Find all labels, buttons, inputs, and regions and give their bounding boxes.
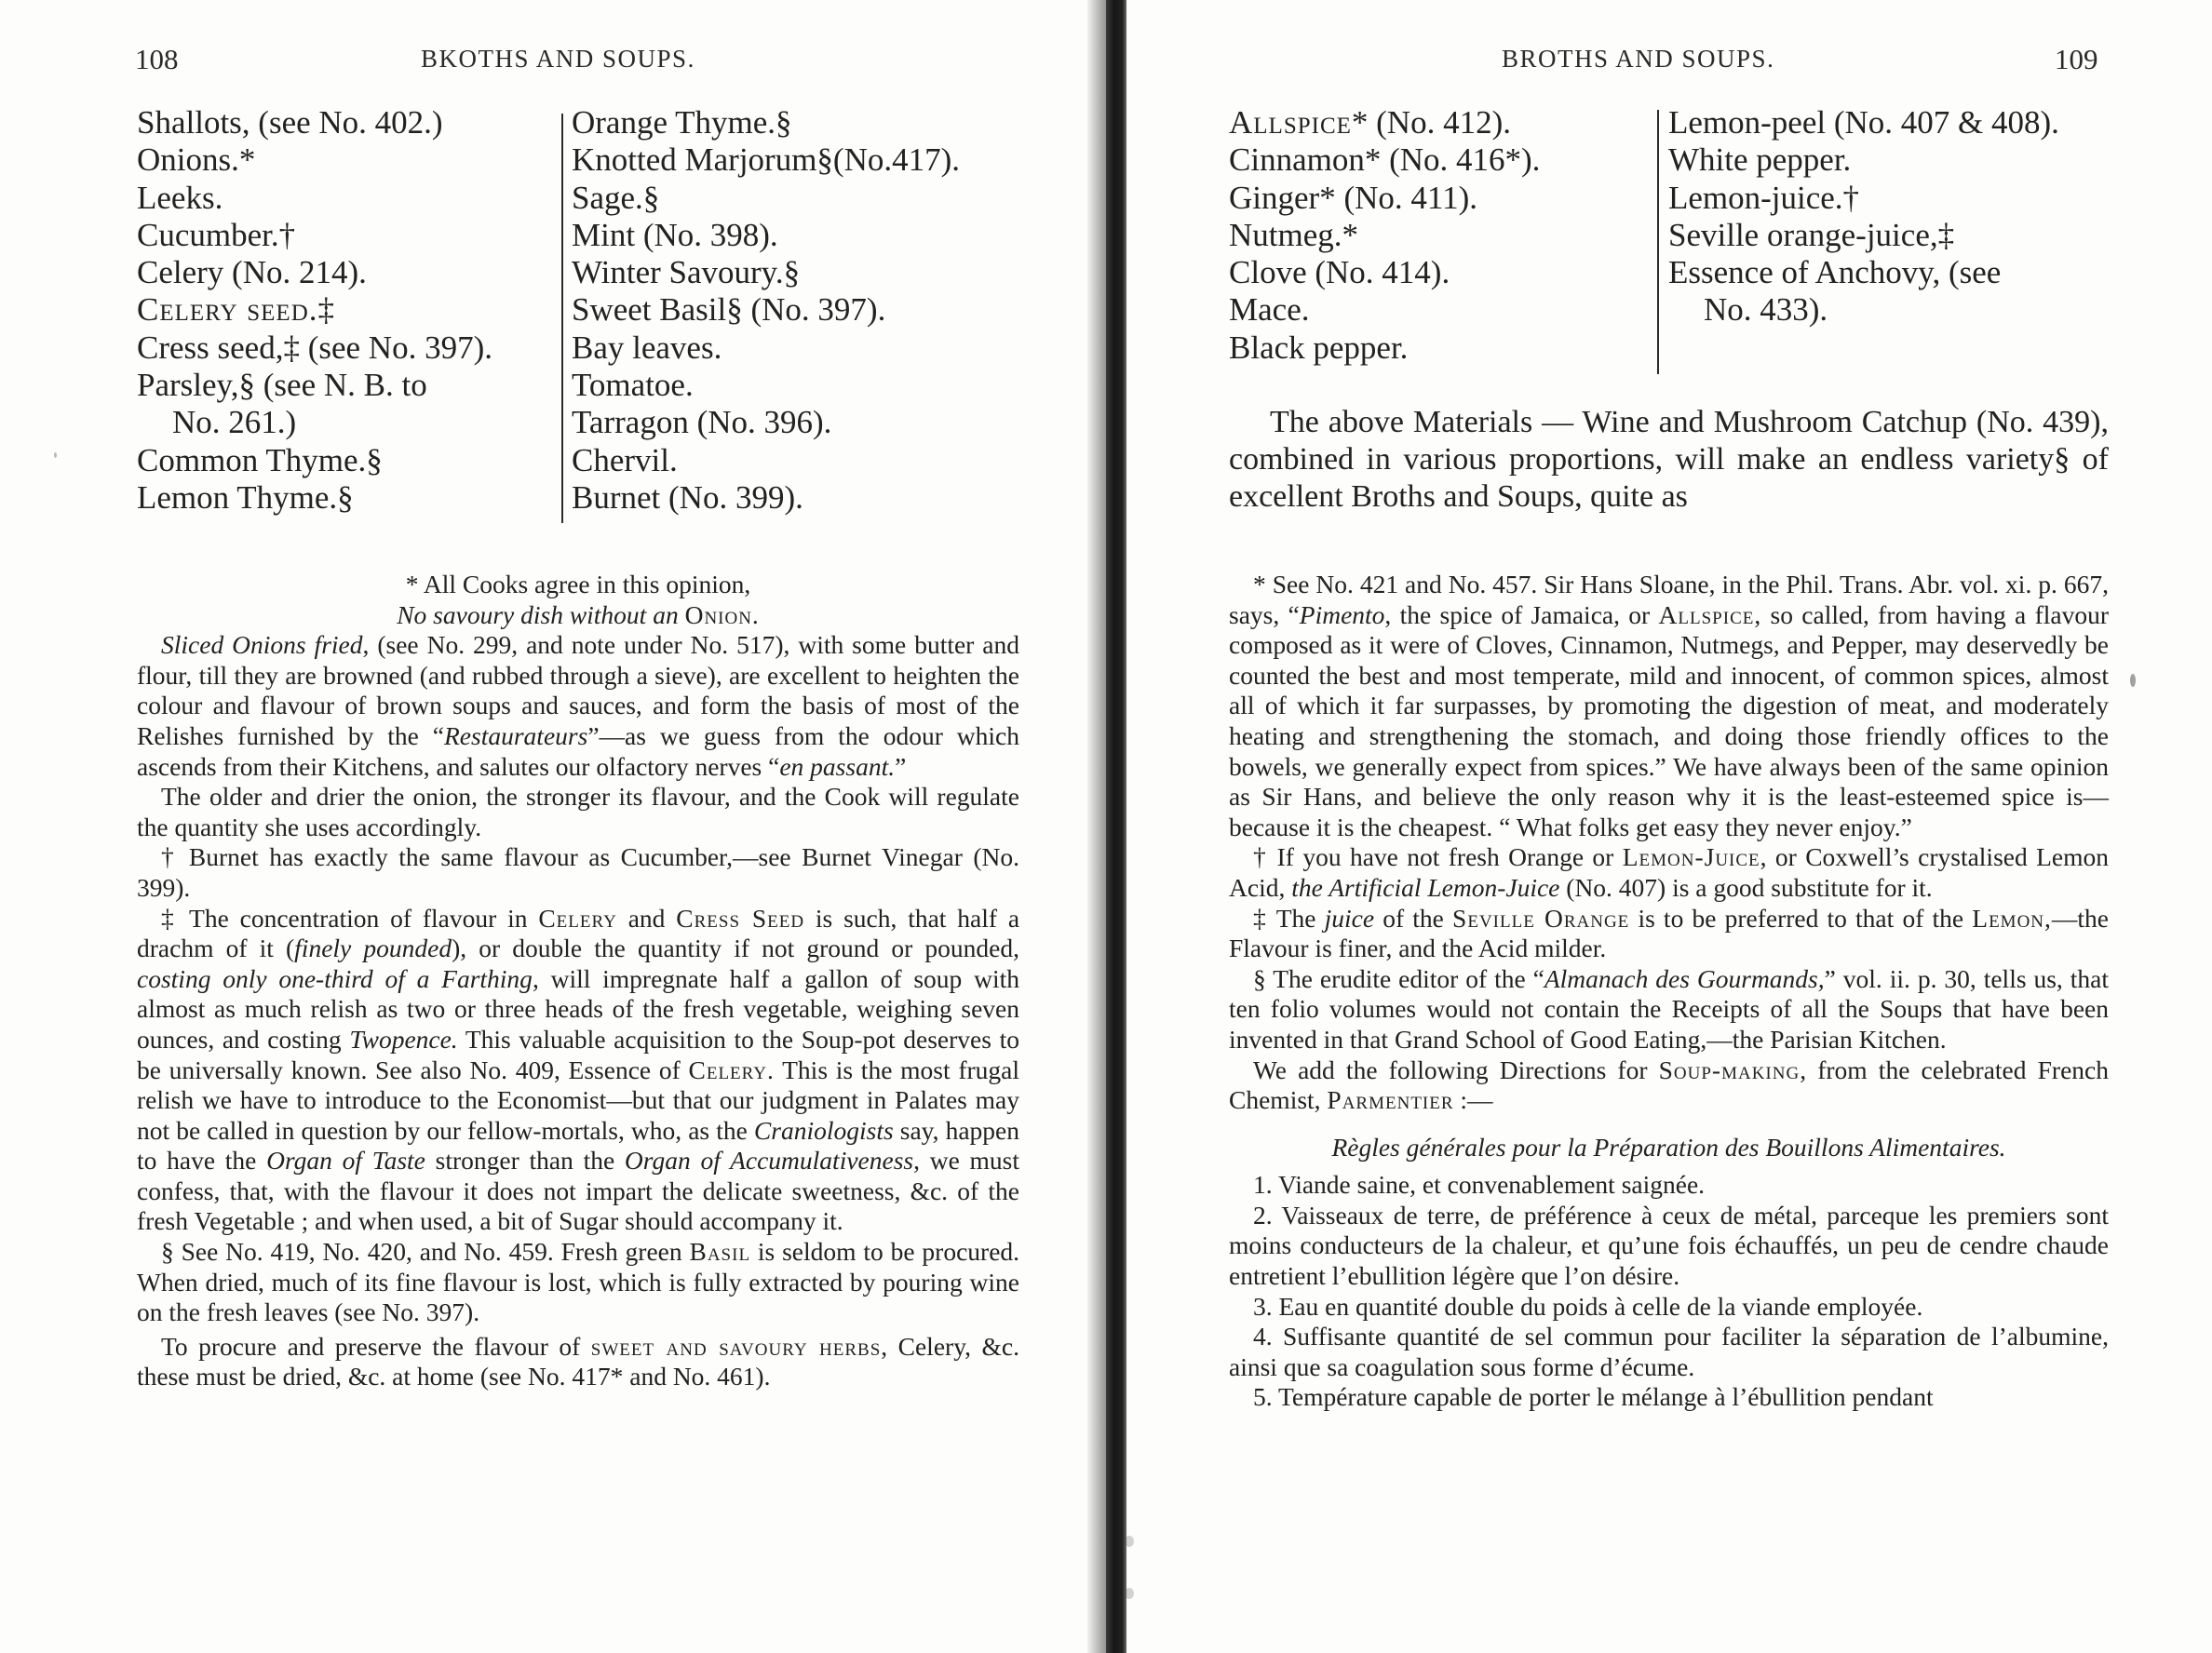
- rule-item: 2. Vaisseaux de terre, de préférence à c…: [1229, 1201, 2109, 1292]
- list-item: Clove (No. 414).: [1229, 254, 1648, 291]
- list-item: Winter Savoury.§: [572, 254, 1018, 291]
- rule-item: 3. Eau en quantité double du poids à cel…: [1229, 1292, 2109, 1323]
- rule-item: 4. Suffisante quantité de sel commun pou…: [1229, 1322, 2109, 1382]
- footnote-onion-line2: No savoury dish without an Onion.: [137, 600, 1019, 631]
- footnote-older-onion: The older and drier the onion, the stron…: [137, 782, 1019, 842]
- list-item: No. 433).: [1668, 291, 2115, 329]
- list-item: Celery (No. 214).: [137, 254, 556, 291]
- footnote-almanach: § The erudite editor of the “Almanach de…: [1229, 964, 2109, 1055]
- ingredient-list-left-col1: Shallots, (see No. 402.) Onions.* Leeks.…: [137, 104, 556, 517]
- scan-speck: [1125, 1536, 1134, 1547]
- list-item: Mint (No. 398).: [572, 217, 1018, 254]
- materials-paragraph: The above Materials — Wine and Mushroom …: [1229, 404, 2109, 516]
- list-item: Shallots, (see No. 402.): [137, 104, 556, 141]
- list-item: Parsley,§ (see N. B. to: [137, 367, 556, 404]
- list-item: Cucumber.†: [137, 217, 556, 254]
- parmentier-intro: We add the following Directions for Soup…: [1229, 1055, 2109, 1116]
- scan-speck: [1125, 1588, 1134, 1599]
- list-item: Mace.: [1229, 291, 1648, 329]
- footnotes-left: * All Cooks agree in this opinion, No sa…: [137, 570, 1019, 1392]
- list-item: Lemon Thyme.§: [137, 479, 556, 517]
- list-item: Tarragon (No. 396).: [572, 404, 1018, 441]
- footnote-section: § See No. 419, No. 420, and No. 459. Fre…: [137, 1237, 1019, 1328]
- list-item: Ginger* (No. 411).: [1229, 180, 1648, 217]
- list-item: Burnet (No. 399).: [572, 479, 1018, 517]
- footnote-procure-herbs: To procure and preserve the flavour of s…: [137, 1332, 1019, 1392]
- footnotes-right: * See No. 421 and No. 457. Sir Hans Sloa…: [1229, 570, 2109, 1413]
- list-item: Common Thyme.§: [137, 442, 556, 479]
- footnote-seville: ‡ The juice of the Seville Orange is to …: [1229, 904, 2109, 964]
- rules-heading: Règles générales pour la Préparation des…: [1229, 1133, 2109, 1163]
- list-item: Knotted Marjorum§(No.417).: [572, 141, 1018, 179]
- ingredient-list-left-col2: Orange Thyme.§ Knotted Marjorum§(No.417)…: [572, 104, 1018, 517]
- list-item: Essence of Anchovy, (see: [1668, 254, 2115, 291]
- list-item: Sweet Basil§ (No. 397).: [572, 291, 1018, 329]
- book-spine: [1106, 0, 1126, 1653]
- scan-speck: [54, 452, 57, 458]
- list-item: No. 261.): [137, 404, 556, 441]
- ingredient-list-right-col1: Allspice* (No. 412). Cinnamon* (No. 416*…: [1229, 104, 1648, 367]
- scan-speck: [2130, 674, 2136, 687]
- footnote-double-dagger: ‡ The concentration of flavour in Celery…: [137, 904, 1019, 1238]
- list-item: Celery seed.‡: [137, 291, 556, 329]
- rule-item: 5. Température capable de porter le méla…: [1229, 1382, 2109, 1413]
- rule-item: 1. Viande saine, et convenablement saign…: [1229, 1170, 2109, 1201]
- page-number-right: 109: [2055, 43, 2098, 76]
- list-item: Onions.*: [137, 141, 556, 179]
- list-item: Leeks.: [137, 180, 556, 217]
- list-item: Orange Thyme.§: [572, 104, 1018, 141]
- ingredient-list-right-col2: Lemon-peel (No. 407 & 408). White pepper…: [1668, 104, 2115, 329]
- gutter-shadow: [1087, 0, 1108, 1653]
- column-divider: [1657, 110, 1659, 374]
- footnote-lemon-juice: † If you have not fresh Orange or Lemon-…: [1229, 842, 2109, 903]
- list-item: Allspice* (No. 412).: [1229, 104, 1648, 141]
- list-item: Lemon-juice.†: [1668, 180, 2115, 217]
- list-item: Tomatoe.: [572, 367, 1018, 404]
- column-divider: [561, 114, 563, 523]
- footnote-allspice: * See No. 421 and No. 457. Sir Hans Sloa…: [1229, 570, 2109, 842]
- list-item: Chervil.: [572, 442, 1018, 479]
- list-item: Sage.§: [572, 180, 1018, 217]
- footnote-dagger: † Burnet has exactly the same flavour as…: [137, 842, 1019, 903]
- footnote-onion-line1: * All Cooks agree in this opinion,: [137, 570, 1019, 600]
- list-item: Seville orange-juice,‡: [1668, 217, 2115, 254]
- list-item: Bay leaves.: [572, 329, 1018, 367]
- list-item: Nutmeg.*: [1229, 217, 1648, 254]
- running-head-left: BKOTHS AND SOUPS.: [421, 45, 695, 74]
- list-item: Lemon-peel (No. 407 & 408).: [1668, 104, 2115, 141]
- list-item: Cress seed,‡ (see No. 397).: [137, 329, 556, 367]
- footnote-sliced-onions: Sliced Onions fried, (see No. 299, and n…: [137, 630, 1019, 782]
- list-item: Black pepper.: [1229, 329, 1648, 367]
- running-head-right: BROTHS AND SOUPS.: [1502, 45, 1774, 74]
- page-number-left: 108: [135, 43, 179, 76]
- list-item: Cinnamon* (No. 416*).: [1229, 141, 1648, 179]
- list-item: White pepper.: [1668, 141, 2115, 179]
